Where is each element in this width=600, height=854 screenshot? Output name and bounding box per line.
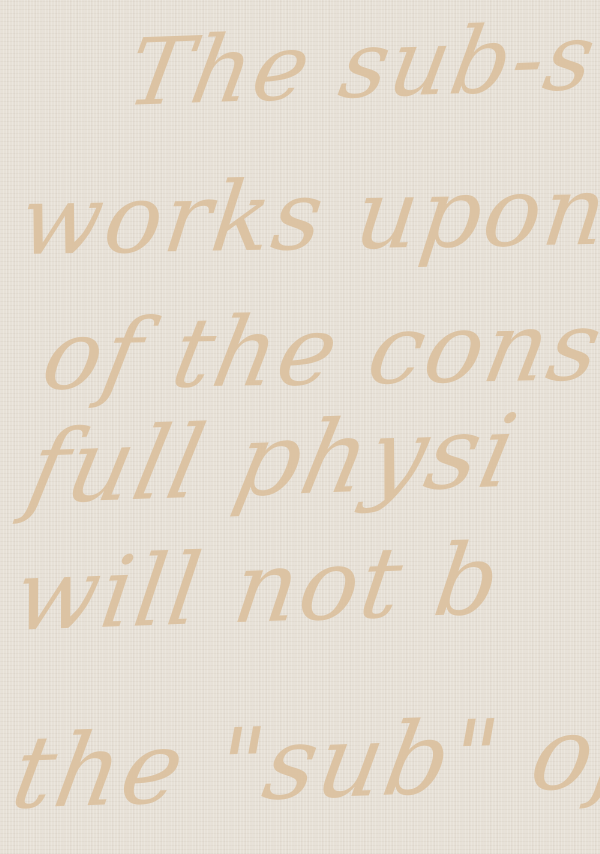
handwriting-line-6: the "sub" of [4,693,600,832]
handwriting-line-5: will not b [8,522,508,654]
handwriting-line-2: works upon [14,155,600,277]
handwriting-line-4: full physi [18,392,528,527]
linen-handwriting-canvas: The sub-s works upon of the cons full ph… [0,0,600,854]
handwriting-line-1: The sub-s [120,3,600,127]
